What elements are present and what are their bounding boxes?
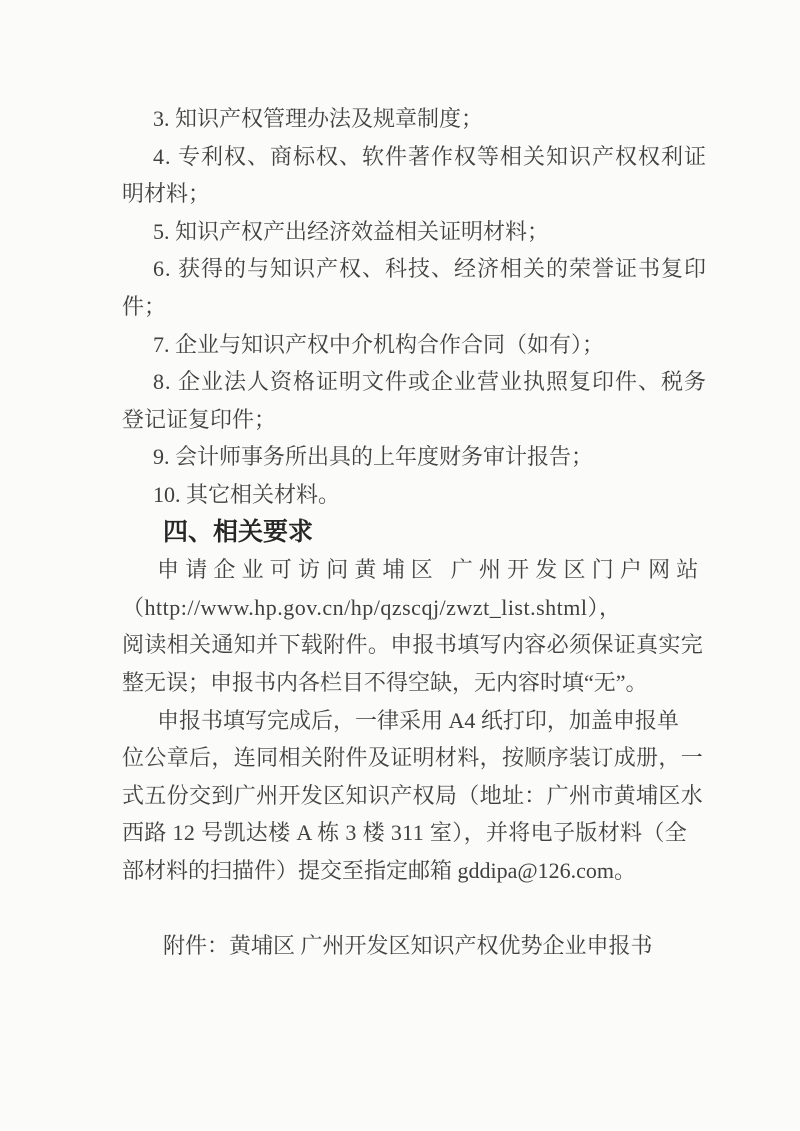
paragraph-2-line-4: 西路 12 号凯达楼 A 栋 3 楼 311 室），并将电子版材料（全 [122, 814, 678, 852]
paragraph-2-line-3: 式五份交到广州开发区知识产权局（地址：广州市黄埔区水 [122, 777, 678, 815]
list-item-3: 3. 知识产权管理办法及规章制度； [122, 100, 678, 138]
document-page: 3. 知识产权管理办法及规章制度； 4. 专利权、商标权、软件著作权等相关知识产… [0, 0, 800, 1131]
list-item-8: 8. 企业法人资格证明文件或企业营业执照复印件、税务 [122, 363, 678, 401]
list-item-7: 7. 企业与知识产权中介机构合作合同（如有）； [122, 326, 678, 364]
paragraph-1-line-4: 整无误；申报书内各栏目不得空缺，无内容时填“无”。 [122, 664, 678, 702]
list-item-6-cont: 件； [122, 288, 678, 326]
paragraph-1-line-3: 阅读相关通知并下载附件。申报书填写内容必须保证真实完 [122, 626, 678, 664]
list-item-8-cont: 登记证复印件； [122, 401, 678, 439]
list-item-4-cont: 明材料； [122, 175, 678, 213]
paragraph-2-line-5: 部材料的扫描件）提交至指定邮箱 gddipa@126.com。 [122, 852, 678, 890]
document-text-block: 3. 知识产权管理办法及规章制度； 4. 专利权、商标权、软件著作权等相关知识产… [122, 100, 678, 965]
list-item-9: 9. 会计师事务所出具的上年度财务审计报告； [122, 438, 678, 476]
list-item-4: 4. 专利权、商标权、软件著作权等相关知识产权权利证 [122, 138, 678, 176]
list-item-6: 6. 获得的与知识产权、科技、经济相关的荣誉证书复印 [122, 250, 678, 288]
paragraph-2-line-1: 申报书填写完成后，一律采用 A4 纸打印，加盖申报单 [122, 702, 678, 740]
section-heading: 四、相关要求 [122, 514, 678, 552]
paragraph-2-line-2: 位公章后，连同相关附件及证明材料，按顺序装订成册，一 [122, 739, 678, 777]
paragraph-1-line-1: 申请企业可访问黄埔区 广州开发区门户网站 [122, 551, 678, 589]
list-item-10: 10. 其它相关材料。 [122, 476, 678, 514]
blank-line [122, 889, 678, 927]
portal-url-line: （http://www.hp.gov.cn/hp/qzscqj/zwzt_lis… [122, 589, 678, 627]
attachment-line: 附件：黄埔区 广州开发区知识产权优势企业申报书 [122, 927, 678, 965]
list-item-5: 5. 知识产权产出经济效益相关证明材料； [122, 213, 678, 251]
